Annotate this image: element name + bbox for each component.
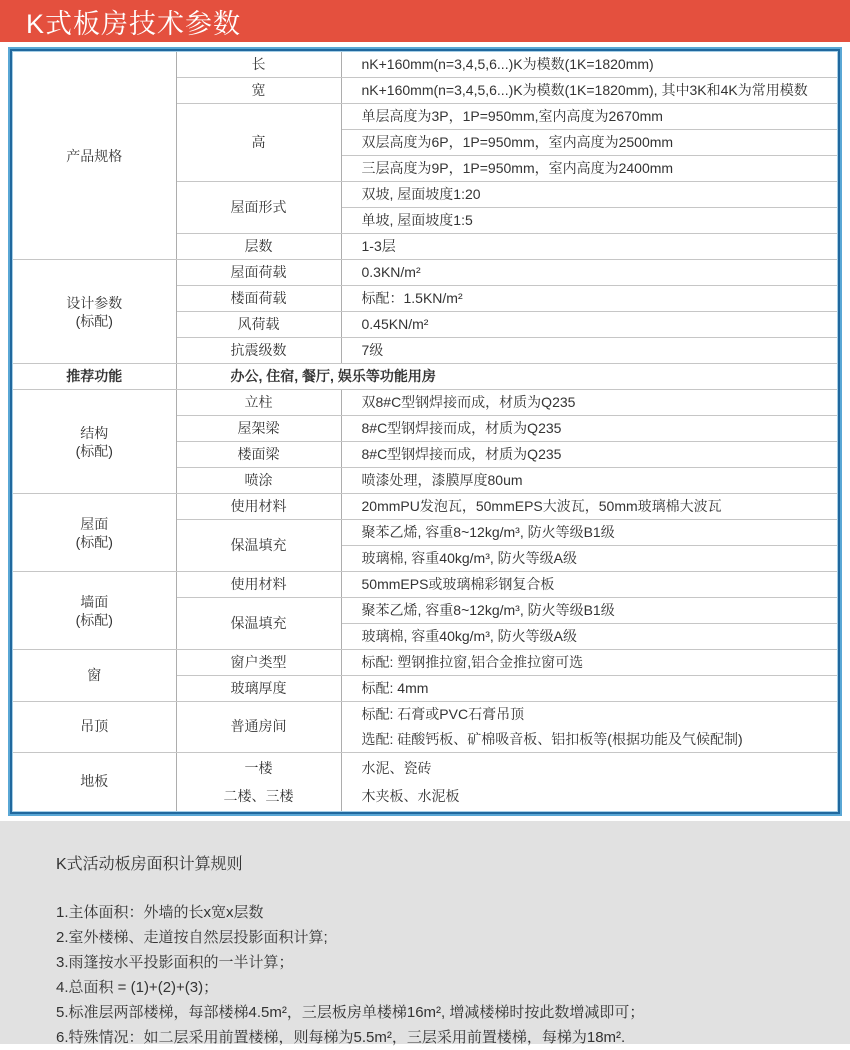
page-title: K式板房技术参数 — [0, 2, 241, 41]
value-cell: 玻璃棉, 容重40kg/m³, 防火等级A级 — [341, 546, 837, 572]
param-cell: 层数 — [176, 234, 341, 260]
param-cell: 使用材料 — [176, 572, 341, 598]
value-cell: 标配：1.5KN/m² — [341, 286, 837, 312]
spec-table-container: 产品规格 长 nK+160mm(n=3,4,5,6...)K为模数(1K=182… — [8, 47, 842, 816]
table-row: 窗 窗户类型 标配: 塑钢推拉窗,铝合金推拉窗可选 — [13, 650, 837, 676]
param-cell-insulation: 保温填充 — [176, 598, 341, 650]
category-note: (标配) — [13, 442, 176, 460]
param-cell: 使用材料 — [176, 494, 341, 520]
category-label: 墙面 — [13, 593, 176, 611]
category-label: 屋面 — [13, 515, 176, 533]
category-cell-product-spec: 产品规格 — [13, 52, 176, 260]
value-cell: 8#C型钢焊接而成，材质为Q235 — [341, 442, 837, 468]
value-cell: 标配: 塑钢推拉窗,铝合金推拉窗可选 — [341, 650, 837, 676]
param-cell-roof-form: 屋面形式 — [176, 182, 341, 234]
param-cell: 屋面荷载 — [176, 260, 341, 286]
category-cell-design-params: 设计参数 (标配) — [13, 260, 176, 364]
area-calculation-rules-panel: K式活动板房面积计算规则 1.主体面积：外墙的长x宽x层数 2.室外楼梯、走道按… — [0, 821, 850, 1044]
category-note: (标配) — [13, 611, 176, 629]
param-cell: 长 — [176, 52, 341, 78]
table-row: 屋面 (标配) 使用材料 20mmPU发泡瓦，50mmEPS大波瓦，50mm玻璃… — [13, 494, 837, 520]
value-cell: 双坡, 屋面坡度1:20 — [341, 182, 837, 208]
param-cell: 普通房间 — [176, 702, 341, 753]
category-note: (标配) — [13, 312, 176, 330]
category-label: 产品规格 — [13, 147, 176, 165]
value-cell: 单层高度为3P，1P=950mm,室内高度为2670mm — [341, 104, 837, 130]
value-line: 标配: 石膏或PVC石膏吊顶 — [362, 702, 838, 727]
value-cell: 单坡, 屋面坡度1:5 — [341, 208, 837, 234]
table-row: 设计参数 (标配) 屋面荷载 0.3KN/m² — [13, 260, 837, 286]
value-cell: 标配: 4mm — [341, 676, 837, 702]
category-cell-window: 窗 — [13, 650, 176, 702]
param-cell: 玻璃厚度 — [176, 676, 341, 702]
value-cell: 0.3KN/m² — [341, 260, 837, 286]
param-cell: 屋架梁 — [176, 416, 341, 442]
value-cell-recommended-use: 办公, 住宿, 餐厅, 娱乐等功能用房 — [176, 364, 837, 390]
param-cell-floor-levels: 一楼 二楼、三楼 — [176, 753, 341, 812]
spec-table: 产品规格 长 nK+160mm(n=3,4,5,6...)K为模数(1K=182… — [13, 52, 837, 811]
rules-item: 4.总面积 = (1)+(2)+(3)； — [56, 975, 830, 1000]
category-cell-recommended-use: 推荐功能 — [13, 364, 176, 390]
value-cell: 聚苯乙烯, 容重8~12kg/m³, 防火等级B1级 — [341, 598, 837, 624]
value-cell-floor-materials: 水泥、瓷砖 木夹板、水泥板 — [341, 753, 837, 812]
value-cell: 双8#C型钢焊接而成，材质为Q235 — [341, 390, 837, 416]
param-cell: 楼面荷载 — [176, 286, 341, 312]
category-label: 结构 — [13, 424, 176, 442]
value-cell: 1-3层 — [341, 234, 837, 260]
rules-item: 6.特殊情况：如二层采用前置楼梯，则每梯为5.5m²，三层采用前置楼梯，每梯为1… — [56, 1025, 830, 1050]
table-row: 墙面 (标配) 使用材料 50mmEPS或玻璃棉彩钢复合板 — [13, 572, 837, 598]
value-line: 选配: 硅酸钙板、矿棉吸音板、铝扣板等(根据功能及气候配制) — [362, 727, 838, 752]
param-line: 二楼、三楼 — [177, 782, 341, 810]
value-cell: 双层高度为6P，1P=950mm，室内高度为2500mm — [341, 130, 837, 156]
value-line: 木夹板、水泥板 — [362, 782, 838, 810]
category-cell-structure: 结构 (标配) — [13, 390, 176, 494]
param-cell: 窗户类型 — [176, 650, 341, 676]
value-cell: 喷漆处理，漆膜厚度80um — [341, 468, 837, 494]
table-row: 推荐功能 办公, 住宿, 餐厅, 娱乐等功能用房 — [13, 364, 837, 390]
table-row: 地板 一楼 二楼、三楼 水泥、瓷砖 木夹板、水泥板 — [13, 753, 837, 812]
param-cell-height: 高 — [176, 104, 341, 182]
value-line: 水泥、瓷砖 — [362, 754, 838, 782]
rules-item: 2.室外楼梯、走道按自然层投影面积计算; — [56, 925, 830, 950]
param-cell: 立柱 — [176, 390, 341, 416]
value-cell: 7级 — [341, 338, 837, 364]
param-cell: 楼面梁 — [176, 442, 341, 468]
rules-item: 1.主体面积：外墙的长x宽x层数 — [56, 900, 830, 925]
category-cell-wall: 墙面 (标配) — [13, 572, 176, 650]
value-cell: 聚苯乙烯, 容重8~12kg/m³, 防火等级B1级 — [341, 520, 837, 546]
value-cell: nK+160mm(n=3,4,5,6...)K为模数(1K=1820mm) — [341, 52, 837, 78]
value-cell: nK+160mm(n=3,4,5,6...)K为模数(1K=1820mm), 其… — [341, 78, 837, 104]
value-cell: 20mmPU发泡瓦，50mmEPS大波瓦，50mm玻璃棉大波瓦 — [341, 494, 837, 520]
category-cell-ceiling: 吊顶 — [13, 702, 176, 753]
value-cell: 0.45KN/m² — [341, 312, 837, 338]
category-note: (标配) — [13, 533, 176, 551]
table-row: 结构 (标配) 立柱 双8#C型钢焊接而成，材质为Q235 — [13, 390, 837, 416]
param-cell: 抗震级数 — [176, 338, 341, 364]
param-cell-insulation: 保温填充 — [176, 520, 341, 572]
rules-item: 3.雨篷按水平投影面积的一半计算； — [56, 950, 830, 975]
value-cell-ceiling: 标配: 石膏或PVC石膏吊顶 选配: 硅酸钙板、矿棉吸音板、铝扣板等(根据功能及… — [341, 702, 837, 753]
value-cell: 50mmEPS或玻璃棉彩钢复合板 — [341, 572, 837, 598]
param-cell: 风荷载 — [176, 312, 341, 338]
header-banner: K式板房技术参数 — [0, 0, 850, 42]
table-row: 产品规格 长 nK+160mm(n=3,4,5,6...)K为模数(1K=182… — [13, 52, 837, 78]
param-cell: 宽 — [176, 78, 341, 104]
param-cell: 喷涂 — [176, 468, 341, 494]
value-cell: 玻璃棉, 容重40kg/m³, 防火等级A级 — [341, 624, 837, 650]
value-cell: 8#C型钢焊接而成，材质为Q235 — [341, 416, 837, 442]
param-line: 一楼 — [177, 754, 341, 782]
category-cell-roof: 屋面 (标配) — [13, 494, 176, 572]
category-cell-floor: 地板 — [13, 753, 176, 812]
rules-title: K式活动板房面积计算规则 — [56, 851, 830, 874]
table-row: 吊顶 普通房间 标配: 石膏或PVC石膏吊顶 选配: 硅酸钙板、矿棉吸音板、铝扣… — [13, 702, 837, 753]
value-cell: 三层高度为9P，1P=950mm，室内高度为2400mm — [341, 156, 837, 182]
category-label: 设计参数 — [13, 294, 176, 312]
